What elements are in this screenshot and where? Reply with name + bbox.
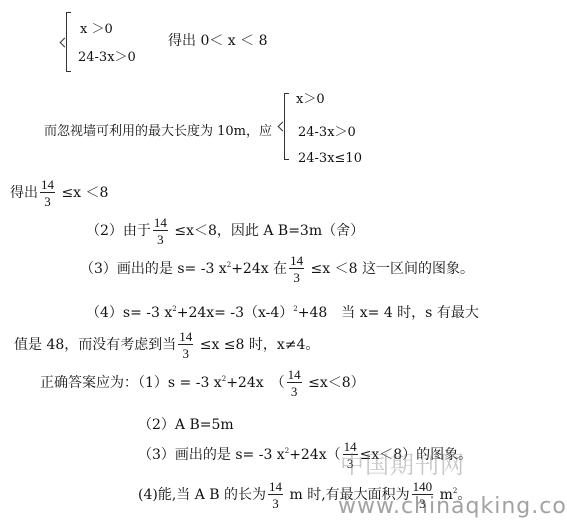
text: 正确答案应为：（1）s = -3 x <box>40 375 222 391</box>
system2-ineq-2: 24-3x＞0 <box>298 121 356 140</box>
answer-line-1: 正确答案应为：（1）s = -3 x2+24x （143 ≤x＜8） <box>40 368 365 398</box>
watermark-url: www.chinaqking.com <box>338 494 567 519</box>
text: +24x 在 <box>231 261 287 277</box>
text: （2）由于 <box>86 223 151 239</box>
system2-ineq-3: 24-3x≤10 <box>298 151 362 166</box>
text: +48 当 x= 4 时，s 有最大 <box>298 305 479 321</box>
fraction: 143 <box>40 178 55 208</box>
answer-line-2: （2）A B=5m <box>138 414 234 434</box>
line-item-4-cont: 值是 48，而没有考虑到当143 ≤x ≤8 时，x≠4。 <box>14 330 319 360</box>
brace-system-1 <box>66 12 67 72</box>
line-item-3: （3）画出的是 s= -3 x2+24x 在143 ≤x ＜8 这一区间的图象。 <box>80 254 474 284</box>
system1-ineq-1: x ＞0 <box>80 18 113 37</box>
system2-ineq-1: x＞0 <box>296 88 325 107</box>
line-item-2: （2）由于143 ≤x＜8，因此 A B=3m（舍） <box>86 216 364 246</box>
line-result-range: 得出143 ≤x ＜8 <box>10 178 108 208</box>
text: ≤x＜8，因此 A B=3m（舍） <box>174 223 364 239</box>
text: ≤x ≤8 时，x≠4。 <box>200 337 320 353</box>
text: +24x= -3（x-4） <box>177 305 294 321</box>
fraction: 143 <box>268 480 283 510</box>
text: ≤x ＜8 <box>61 185 108 201</box>
text: (4)能,当 A B 的长为 <box>138 487 266 503</box>
system1-ineq-2: 24-3x＞0 <box>78 46 136 65</box>
fraction: 143 <box>289 254 304 284</box>
text: （4）s= -3 x <box>86 305 172 321</box>
text: （3）画出的是 s= -3 x <box>80 261 227 277</box>
text: +24x（ <box>289 447 340 463</box>
fraction: 143 <box>153 216 168 246</box>
text: +24x （ <box>226 375 284 391</box>
text: 值是 48，而没有考虑到当 <box>14 337 176 353</box>
text: （3）画出的是 s= -3 x <box>138 447 285 463</box>
text: ≤x＜8） <box>308 375 365 391</box>
system1-result: 得出 0＜ x ＜ 8 <box>168 30 268 50</box>
fraction: 143 <box>287 368 302 398</box>
text: ≤x ＜8 这一区间的图象。 <box>311 261 474 277</box>
fraction: 143 <box>178 330 193 360</box>
text: 得出 <box>10 185 38 201</box>
watermark-chinese: 中国期刊网 <box>340 445 465 480</box>
block2-text: 而忽视墙可利用的最大长度为 10m，应 <box>44 120 272 139</box>
brace-system-2 <box>284 93 285 160</box>
line-item-4: （4）s= -3 x2+24x= -3（x-4）2+48 当 x= 4 时，s … <box>86 302 479 322</box>
